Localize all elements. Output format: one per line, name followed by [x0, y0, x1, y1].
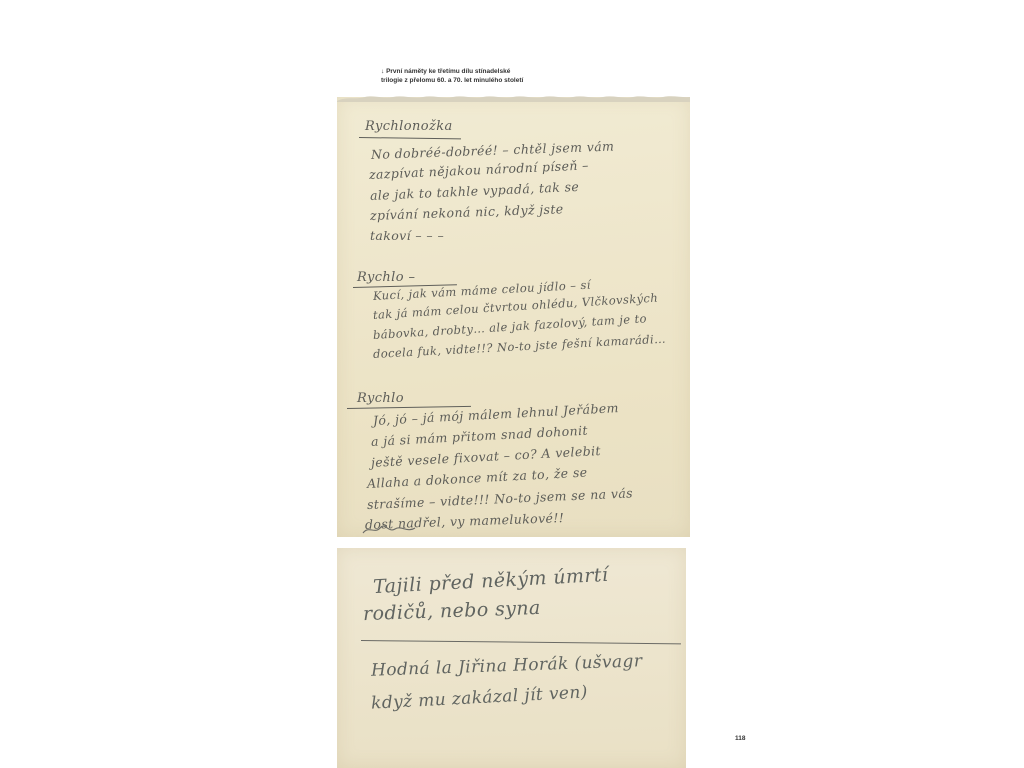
note-line: zpívání nekoná nic, když jste — [370, 201, 564, 223]
note-line: ale jak to takhle vypadá, tak se — [370, 179, 580, 203]
caption-line-1: ↓ První náměty ke třetímu dílu stínadels… — [381, 67, 641, 76]
torn-edge-decoration — [337, 94, 690, 102]
note-line: strašíme – vidte!!! No-to jsem se na vás — [367, 485, 634, 512]
note-line: Hodná la Jiřina Horák (ušvagr — [371, 651, 643, 680]
caption-line-2: trilogie z přelomu 60. a 70. let minuléh… — [381, 76, 641, 85]
note-line: Tajili před někým úmrtí — [373, 564, 609, 598]
note-line: takoví – – – — [370, 228, 444, 243]
section-divider-line — [361, 640, 681, 645]
note-line: když mu zakázal jít ven) — [371, 682, 589, 713]
down-arrow-icon: ↓ — [381, 68, 384, 75]
manuscript-sheet-top: Rychlonožka No dobréé-dobréé! – chtěl js… — [337, 97, 690, 537]
signature-scribble-icon — [361, 521, 421, 537]
manuscript-sheet-bottom: Tajili před někým úmrtí rodičů, nebo syn… — [337, 548, 686, 768]
image-caption: ↓ První náměty ke třetímu dílu stínadels… — [381, 67, 641, 85]
section-heading-1: Rychlonožka — [365, 119, 453, 134]
note-line: rodičů, nebo syna — [363, 597, 541, 625]
note-line: zazpívat nějakou národní píseň – — [369, 157, 589, 182]
caption-text-1: První náměty ke třetímu dílu stínadelské — [386, 68, 510, 75]
heading-underline-1 — [359, 137, 461, 140]
section-heading-3: Rychlo — [357, 391, 404, 406]
page-number: 118 — [735, 735, 746, 742]
section-heading-2: Rychlo – — [357, 270, 415, 285]
